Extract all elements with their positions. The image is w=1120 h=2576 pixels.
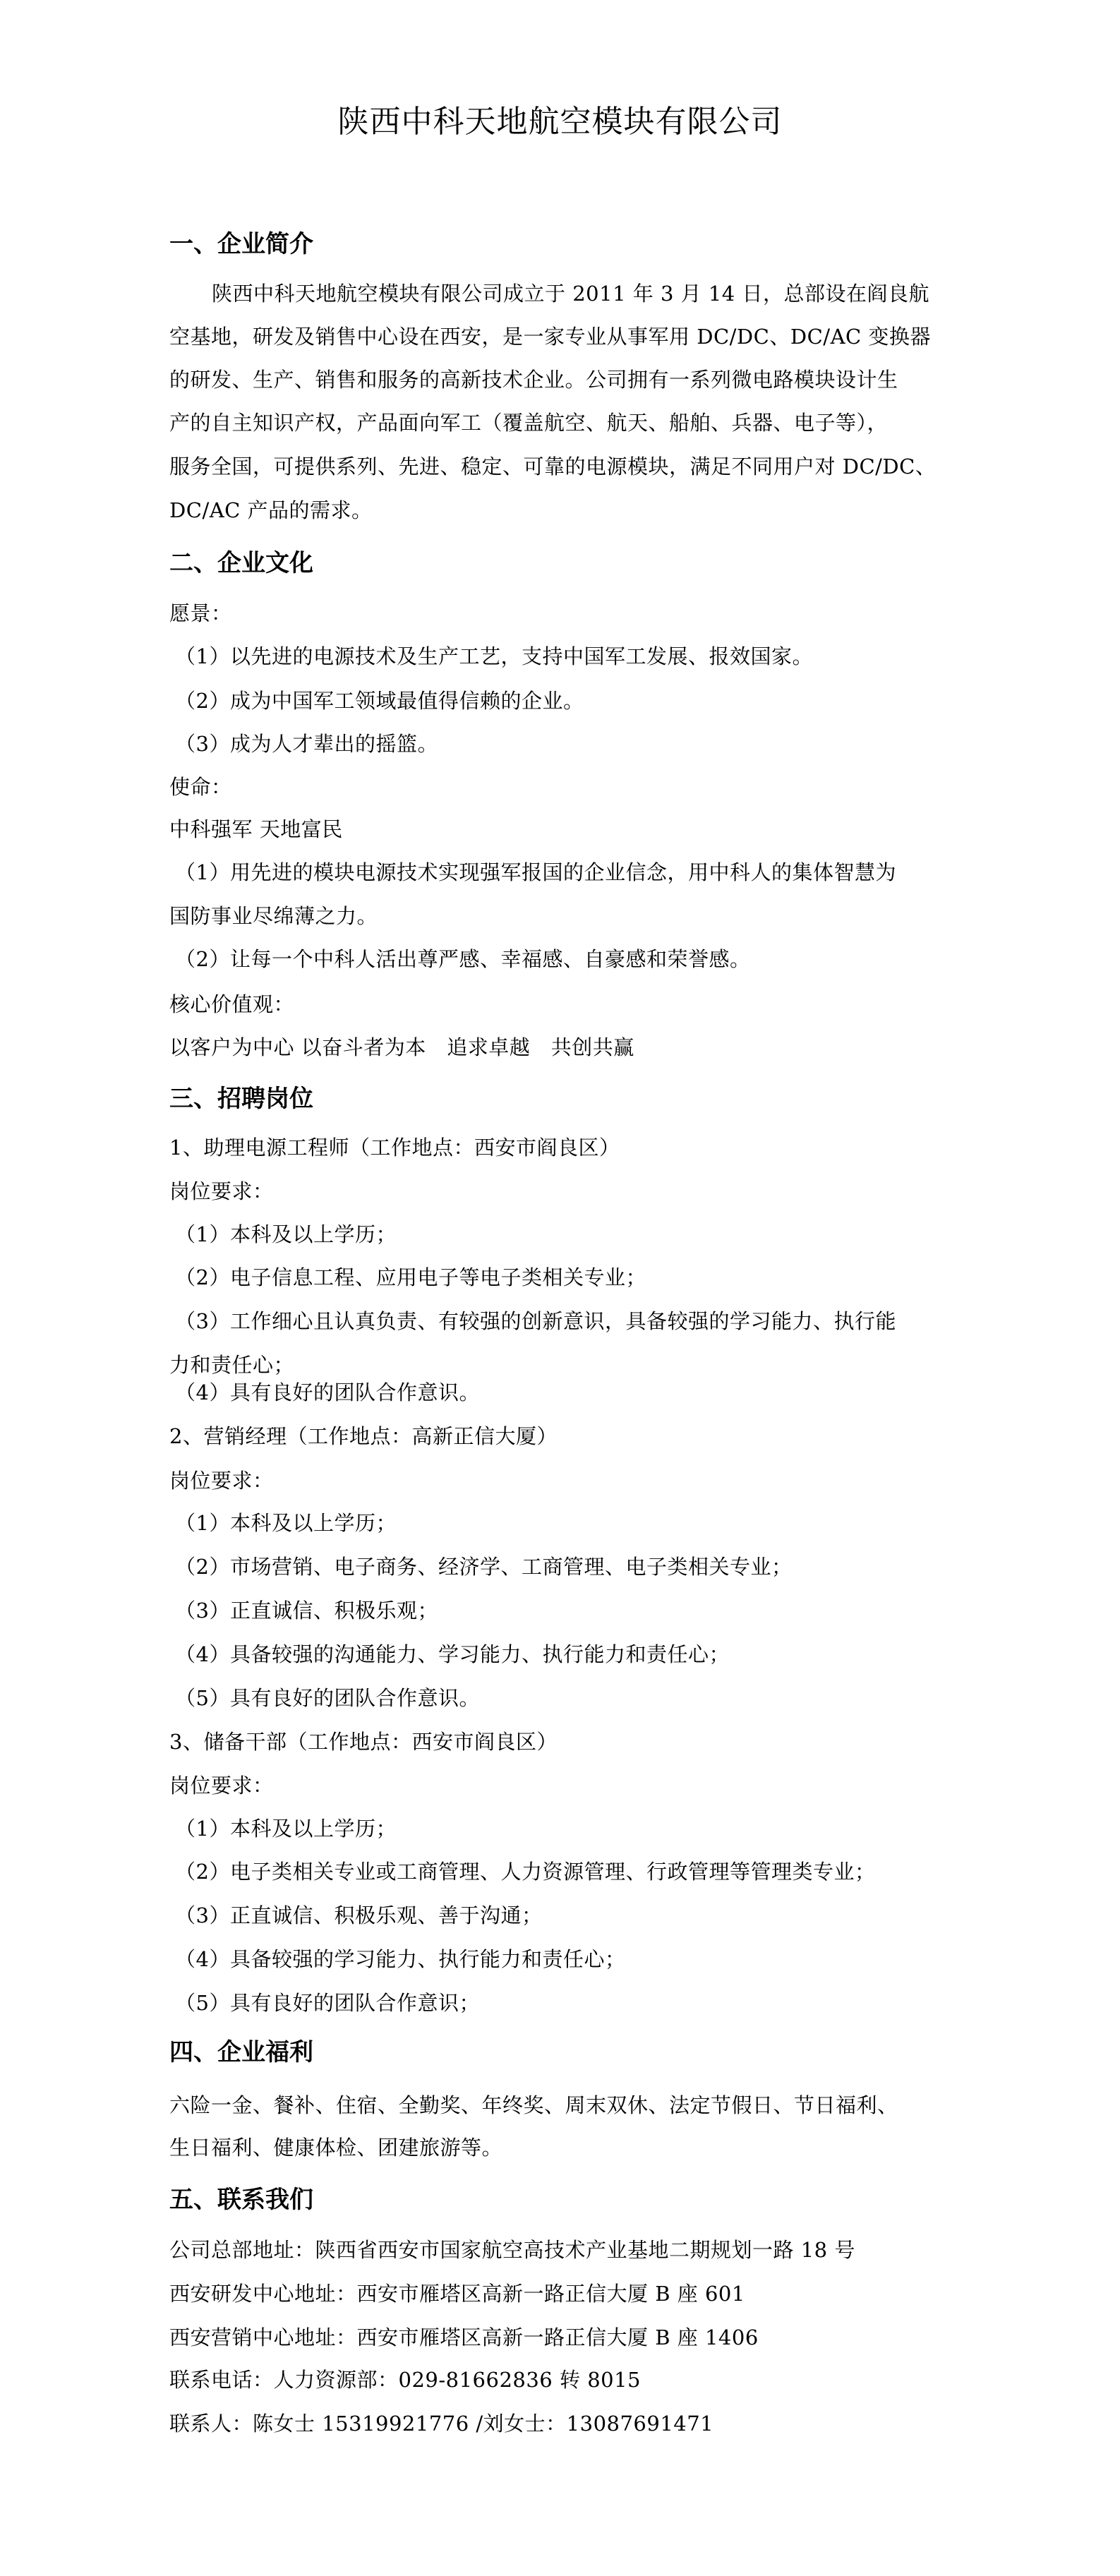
job-req-item: （1）本科及以上学历；: [175, 1816, 965, 1841]
benefits-line: 六险一金、餐补、住宿、全勤奖、年终奖、周末双休、法定节假日、节日福利、: [169, 2093, 960, 2118]
section-heading-intro: 一、企业简介: [169, 230, 313, 258]
hq-address: 公司总部地址：陕西省西安市国家航空高技术产业基地二期规划一路 18 号: [169, 2237, 960, 2263]
job-req-item: （3）正直诚信、积极乐观、善于沟通；: [175, 1903, 965, 1928]
rd-center-address: 西安研发中心地址：西安市雁塔区高新一路正信大厦 B 座 601: [169, 2281, 960, 2306]
mission-item-continued: 国防事业尽绵薄之力。: [169, 903, 960, 929]
intro-paragraph-line: 陕西中科天地航空模块有限公司成立于 2011 年 3 月 14 日，总部设在阎良…: [212, 281, 960, 306]
job-req-item: （1）本科及以上学历；: [175, 1510, 965, 1536]
job-req-item: （3）工作细心且认真负责、有较强的创新意识，具备较强的学习能力、执行能: [175, 1308, 965, 1334]
job-req-item: （2）市场营销、电子商务、经济学、工商管理、电子类相关专业；: [175, 1554, 965, 1579]
contact-persons: 联系人：陈女士 15319921776 /刘女士：13087691471: [169, 2411, 960, 2436]
intro-paragraph-line: 产的自主知识产权，产品面向军工（覆盖航空、航天、船舶、兵器、电子等），: [169, 410, 960, 435]
job-req-item: （3）正直诚信、积极乐观；: [175, 1598, 965, 1623]
job-req-item: （1）本科及以上学历；: [175, 1222, 965, 1247]
job-title: 1、助理电源工程师（工作地点：西安市阎良区）: [169, 1135, 960, 1160]
vision-item: （2）成为中国军工领域最值得信赖的企业。: [175, 688, 965, 714]
job-req-item: （2）电子信息工程、应用电子等电子类相关专业；: [175, 1265, 965, 1290]
intro-paragraph-line: 空基地，研发及销售中心设在西安，是一家专业从事军用 DC/DC、DC/AC 变换…: [169, 324, 960, 349]
intro-paragraph-line: 服务全国，可提供系列、先进、稳定、可靠的电源模块，满足不同用户对 DC/DC、: [169, 454, 960, 479]
job-req-item: （2）电子类相关专业或工商管理、人力资源管理、行政管理等管理类专业；: [175, 1859, 965, 1884]
job-req-item: （4）具备较强的学习能力、执行能力和责任心；: [175, 1946, 965, 1972]
intro-paragraph-line: 的研发、生产、销售和服务的高新技术企业。公司拥有一系列微电路模块设计生: [169, 367, 960, 392]
job-req-item: （5）具有良好的团队合作意识。: [175, 1685, 965, 1711]
mission-slogan: 中科强军 天地富民: [169, 817, 960, 842]
intro-paragraph-line: DC/AC 产品的需求。: [169, 498, 960, 523]
values-label: 核心价值观：: [169, 992, 960, 1017]
job-req-label: 岗位要求：: [169, 1773, 960, 1798]
job-req-item: （4）具有良好的团队合作意识。: [175, 1380, 965, 1405]
contact-phone: 联系电话：人力资源部：029-81662836 转 8015: [169, 2367, 960, 2393]
mission-item: （2）让每一个中科人活出尊严感、幸福感、自豪感和荣誉感。: [175, 946, 965, 972]
job-req-label: 岗位要求：: [169, 1468, 960, 1493]
vision-item: （3）成为人才辈出的摇篮。: [175, 731, 965, 757]
section-heading-jobs: 三、招聘岗位: [169, 1085, 313, 1113]
core-values: 以客户为中心 以奋斗者为本 追求卓越 共创共赢: [169, 1035, 960, 1060]
vision-item: （1）以先进的电源技术及生产工艺，支持中国军工发展、报效国家。: [175, 644, 965, 669]
job-req-item: （5）具有良好的团队合作意识；: [175, 1990, 965, 2016]
vision-label: 愿景：: [169, 601, 960, 626]
job-req-item-continued: 力和责任心；: [169, 1352, 960, 1378]
sales-center-address: 西安营销中心地址：西安市雁塔区高新一路正信大厦 B 座 1406: [169, 2325, 960, 2350]
mission-item: （1）用先进的模块电源技术实现强军报国的企业信念，用中科人的集体智慧为: [175, 860, 965, 885]
section-heading-culture: 二、企业文化: [169, 549, 313, 577]
section-heading-benefits: 四、企业福利: [169, 2038, 313, 2066]
job-req-label: 岗位要求：: [169, 1179, 960, 1204]
job-req-item: （4）具备较强的沟通能力、学习能力、执行能力和责任心；: [175, 1642, 965, 1667]
benefits-line: 生日福利、健康体检、团建旅游等。: [169, 2135, 960, 2160]
document-page: 陕西中科天地航空模块有限公司 一、企业简介 陕西中科天地航空模块有限公司成立于 …: [0, 0, 1120, 2576]
job-title: 2、营销经理（工作地点：高新正信大厦）: [169, 1424, 960, 1449]
section-heading-contact: 五、联系我们: [169, 2186, 313, 2214]
mission-label: 使命：: [169, 774, 960, 800]
job-title: 3、储备干部（工作地点：西安市阎良区）: [169, 1729, 960, 1755]
document-title: 陕西中科天地航空模块有限公司: [0, 104, 1120, 140]
